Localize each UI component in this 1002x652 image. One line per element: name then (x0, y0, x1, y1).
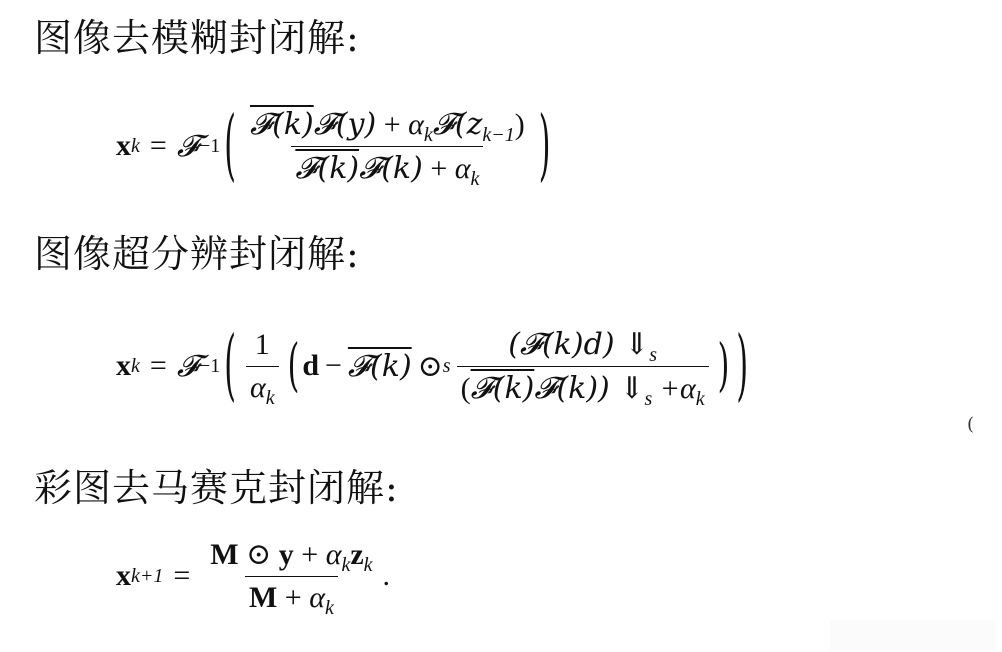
alpha: α (455, 152, 471, 185)
heading-super-resolution: 图像超分辨封闭解: (34, 232, 360, 276)
conj-fk: 𝓕(k) (471, 371, 535, 406)
subscript: k (266, 387, 275, 409)
var-z: z (350, 538, 363, 571)
odot-operator: ⊙ (246, 538, 271, 571)
equation-deblur: xk = 𝓕−1 ( 𝓕(k)𝓕(y) + αk𝓕(zk−1) 𝓕(k)𝓕(k)… (116, 96, 555, 196)
fourier-operator: 𝓕 (177, 129, 199, 164)
minus: − (325, 349, 342, 383)
right-paren: ) (539, 101, 551, 192)
equals: = (150, 349, 167, 383)
heading-deblur: 图像去模糊封闭解: (34, 16, 360, 60)
subscript: s (644, 388, 652, 410)
period: . (383, 559, 391, 593)
fourier-operator: 𝓕 (177, 349, 199, 384)
alpha: α (408, 108, 424, 141)
fraction: M ⊙ y + αkzk M + αk (206, 537, 376, 615)
inner-left-paren: ( (288, 333, 300, 400)
left-paren: ( (224, 101, 236, 192)
open-paren: ( (461, 372, 471, 405)
denominator: M + αk (245, 576, 338, 615)
var-y: y (279, 538, 294, 571)
plus: + (430, 152, 447, 185)
outer-fraction: 1 αk (246, 328, 279, 405)
plus: + (301, 538, 318, 571)
equation-demosaic: xk+1 = M ⊙ y + αkzk M + αk . (116, 526, 390, 626)
numerator: M ⊙ y + αkzk (206, 537, 376, 576)
fraction: 𝓕(k)𝓕(y) + αk𝓕(zk−1) 𝓕(k)𝓕(k) + αk (246, 107, 529, 186)
equation-super-resolution: xk = 𝓕−1 ( 1 αk ( d − 𝓕(k) ⊙s (𝓕(k)d) ⇓s… (116, 306, 752, 426)
conj-fk: 𝓕(k) (348, 349, 412, 384)
subscript: k (364, 554, 373, 576)
fk: 𝓕(k) (359, 151, 423, 186)
conj-fk: 𝓕(k) (250, 107, 314, 142)
numerator: (𝓕(k)d) ⇓s (504, 327, 661, 366)
heading-demosaic: 彩图去马赛克封闭解: (34, 466, 399, 510)
numerator: 1 (251, 328, 274, 366)
fy: 𝓕(y) (314, 107, 377, 142)
denominator: (𝓕(k)𝓕(k)) ⇓s +αk (457, 366, 709, 406)
plus: + (285, 581, 302, 614)
left-paren: ( (224, 321, 236, 412)
var-x: x (116, 129, 131, 163)
num-expr: (𝓕(k)d) ⇓ (508, 327, 649, 362)
equals: = (173, 559, 190, 593)
alpha: α (309, 581, 325, 614)
plus: + (384, 108, 401, 141)
alpha: α (250, 371, 266, 404)
equals: = (150, 129, 167, 163)
var-m: M (210, 538, 238, 571)
fz: 𝓕(z (433, 107, 483, 142)
close-paren: ) (515, 108, 525, 141)
alpha: α (326, 538, 342, 571)
subscript: k (424, 124, 433, 146)
subscript: s (649, 344, 657, 366)
inner-right-paren: ) (718, 333, 730, 400)
inner-fraction: (𝓕(k)d) ⇓s (𝓕(k)𝓕(k)) ⇓s +αk (457, 327, 709, 406)
scan-glare (830, 620, 995, 650)
subscript: k−1 (482, 124, 514, 146)
subscript: k (470, 168, 479, 190)
numerator: 𝓕(k)𝓕(y) + αk𝓕(zk−1) (246, 107, 529, 146)
conj-fk: 𝓕(k) (295, 151, 359, 186)
var-d: d (302, 349, 319, 383)
stray-mark: ( (967, 414, 974, 435)
odot-operator: ⊙ (418, 349, 443, 384)
var-x: x (116, 349, 131, 383)
right-paren: ) (736, 321, 748, 412)
var-m: M (249, 581, 277, 614)
den-expr: 𝓕(k)) ⇓ (534, 371, 644, 406)
denominator: αk (246, 366, 279, 405)
subscript: k (696, 388, 705, 410)
denominator: 𝓕(k)𝓕(k) + αk (291, 146, 483, 186)
plus-alpha: +α (660, 372, 696, 405)
subscript: k (325, 597, 334, 619)
subscript: k (341, 554, 350, 576)
var-x: x (116, 559, 131, 593)
